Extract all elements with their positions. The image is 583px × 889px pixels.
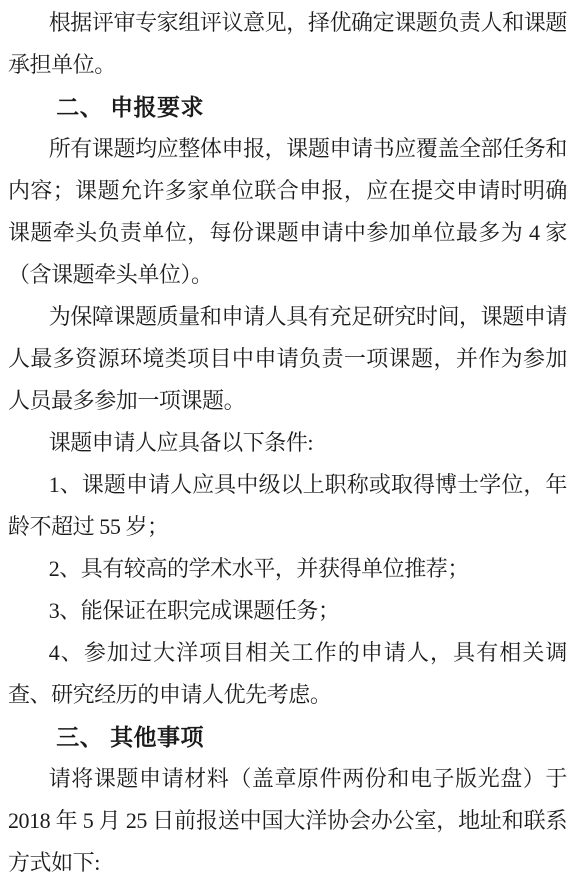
paragraph-expert-review: 根据评审专家组评议意见，择优确定课题负责人和课题承担单位。 <box>8 2 567 86</box>
paragraph-overall-application: 所有课题均应整体申报，课题申请书应覆盖全部任务和内容；课题允许多家单位联合申报，… <box>8 128 567 296</box>
paragraph-submission-info: 请将课题申请材料（盖章原件两份和电子版光盘）于 2018 年 5 月 25 日前… <box>8 758 567 884</box>
paragraph-condition-4: 4、参加过大洋项目相关工作的申请人，具有相关调查、研究经历的申请人优先考虑。 <box>8 632 567 716</box>
document-page: 根据评审专家组评议意见，择优确定课题负责人和课题承担单位。 二、 申报要求 所有… <box>0 0 583 889</box>
section-heading-other-matters: 三、 其他事项 <box>8 716 567 758</box>
section-heading-application-requirements: 二、 申报要求 <box>8 86 567 128</box>
paragraph-research-time-limit: 为保障课题质量和申请人具有充足研究时间，课题申请人最多资源环境类项目中申请负责一… <box>8 296 567 422</box>
paragraph-condition-2: 2、具有较高的学术水平，并获得单位推荐； <box>8 548 567 590</box>
paragraph-condition-3: 3、能保证在职完成课题任务； <box>8 590 567 632</box>
paragraph-condition-1: 1、课题申请人应具中级以上职称或取得博士学位，年龄不超过 55 岁； <box>8 464 567 548</box>
paragraph-applicant-conditions-intro: 课题申请人应具备以下条件: <box>8 422 567 464</box>
